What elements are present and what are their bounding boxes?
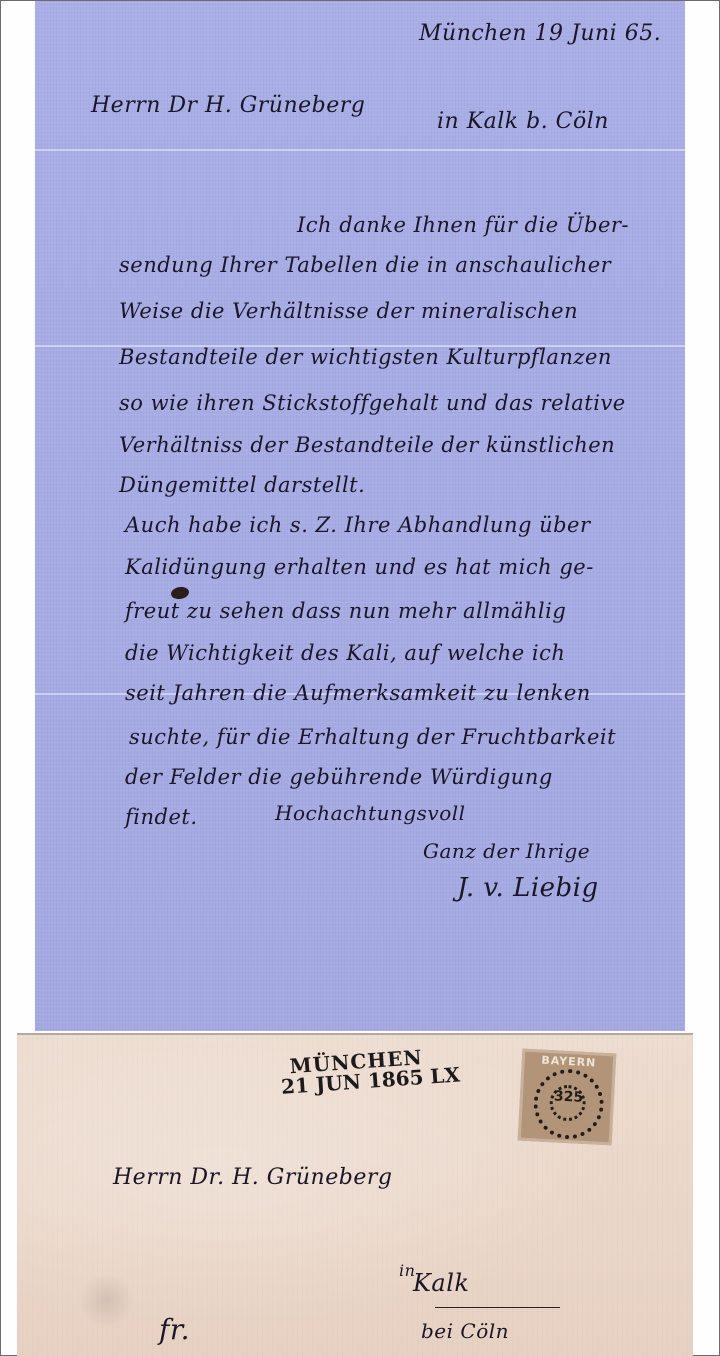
letter-body-line: Auch habe ich s. Z. Ihre Abhandlung über	[125, 513, 591, 537]
smudge	[77, 1275, 137, 1325]
envelope-city: bei Cöln	[421, 1319, 509, 1343]
letter-body-line: suchte, für die Erhaltung der Fruchtbark…	[129, 725, 616, 749]
letter-body-line: Düngemittel darstellt.	[119, 473, 365, 497]
letter-body-line: der Felder die gebührende Würdigung	[125, 765, 553, 789]
letter-body-line: sendung Ihrer Tabellen die in anschaulic…	[119, 253, 611, 277]
letter-date: München 19 Juni 65.	[419, 21, 661, 46]
postage-stamp: BAYERN 325	[518, 1049, 617, 1146]
document-frame: München 19 Juni 65. Herrn Dr H. Grüneber…	[0, 0, 720, 1356]
envelope: MÜNCHEN 21 JUN 1865 LX BAYERN 325 Herrn …	[17, 1033, 693, 1356]
postmark: MÜNCHEN 21 JUN 1865 LX	[279, 1045, 461, 1097]
letter-body-line: die Wichtigkeit des Kali, auf welche ich	[125, 641, 565, 665]
envelope-place: Kalk	[413, 1269, 469, 1297]
letter-body-line: Verhältniss der Bestandteile der künstli…	[119, 433, 615, 457]
letter-salutation: Herrn Dr H. Grüneberg	[91, 93, 365, 118]
letter-body-line: freut zu sehen dass nun mehr allmählig	[125, 599, 566, 623]
letter-salutation-place: in Kalk b. Cöln	[437, 109, 609, 134]
letter-body-line: Kalidüngung erhalten und es hat mich ge-	[125, 555, 594, 579]
letter-body-line: so wie ihren Stickstoffgehalt und das re…	[119, 391, 626, 415]
cancel-number: 325	[554, 1088, 584, 1106]
letter-closing: Hochachtungsvoll	[275, 801, 466, 825]
letter-body-line: findet.	[125, 805, 198, 829]
stamp-label: BAYERN	[522, 1053, 617, 1071]
place-underline	[435, 1307, 560, 1308]
letter-closing-2: Ganz der Ihrige	[423, 839, 590, 863]
envelope-recipient: Herrn Dr. H. Grüneberg	[113, 1165, 392, 1190]
letter-body-line: seit Jahren die Aufmerksamkeit zu lenken	[125, 681, 591, 705]
letter-body-line: Bestandteile der wichtigsten Kulturpflan…	[119, 345, 612, 369]
envelope-corner-mark: fr.	[159, 1313, 190, 1346]
letter-body-line: Ich danke Ihnen für die Über-	[297, 213, 629, 237]
fold-line	[35, 149, 685, 151]
letter-body-line: Weise die Verhältnisse der mineralischen	[119, 299, 578, 323]
letter-signature: J. v. Liebig	[457, 873, 599, 903]
letter-sheet: München 19 Juni 65. Herrn Dr H. Grüneber…	[35, 1, 685, 1031]
